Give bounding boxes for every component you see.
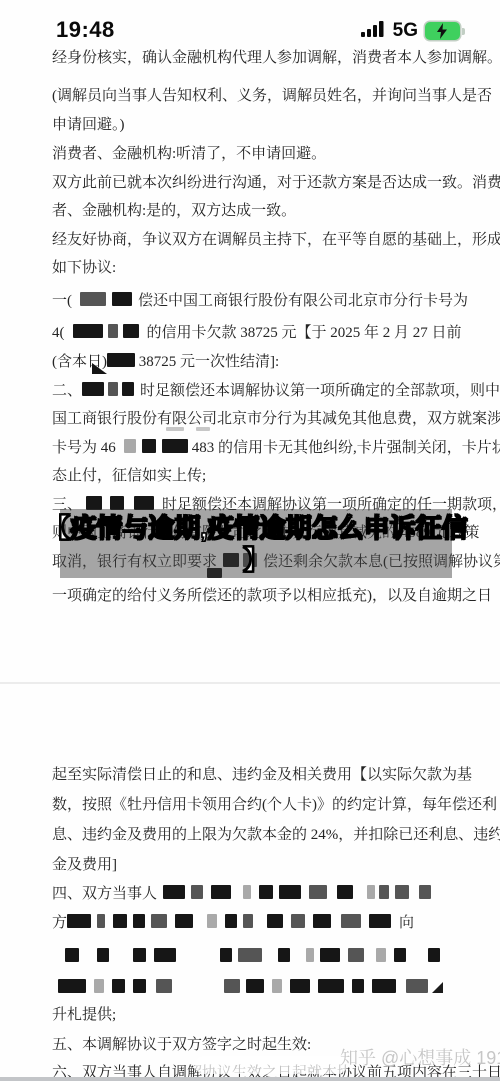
redaction-bar	[124, 439, 136, 453]
redaction-bar	[348, 948, 364, 962]
redaction-bar	[395, 885, 409, 899]
document-line: 双方此前已就本次纠纷进行沟通，对于还款方案是否达成一致。消费	[52, 173, 472, 193]
redaction-gap	[310, 991, 318, 992]
document-line: 四、双方当事人	[52, 884, 472, 904]
line-text: 的信用卡欠款 38725 元【于 2025 年 2 月 27 日前	[147, 325, 462, 341]
redaction-gap	[396, 991, 406, 992]
redaction-gap	[217, 926, 225, 927]
redaction-gap	[231, 897, 243, 898]
document-line: 息、违约金及费用的上限为欠款本金的 24%，并扣除已还利息、违约	[52, 825, 472, 845]
redaction-bar	[108, 324, 118, 338]
line-text: 一项确定的给付义务所偿还的款项予以相应抵充)，以及自逾期之日	[52, 588, 492, 604]
redaction-bar	[97, 914, 105, 928]
redaction-gap	[344, 991, 352, 992]
redaction-bar	[122, 382, 134, 396]
redaction-gap	[327, 897, 337, 898]
redaction-bar	[65, 948, 79, 962]
document-line: 金及费用]	[52, 855, 472, 875]
redaction-bar	[394, 948, 406, 962]
redaction-bar	[246, 979, 264, 993]
redaction-remnant-triangle	[92, 363, 107, 374]
line-text: 申请回避。)	[52, 117, 125, 133]
redaction-gap	[283, 926, 291, 927]
document-line: 一(偿还中国工商银行股份有限公司北京市分行卡号为	[52, 291, 472, 311]
document-line: 起至实际清偿日止的和息、违约金及相关费用【以实际欠款为基	[52, 765, 472, 785]
redaction-gap	[262, 960, 278, 961]
redaction-bar	[267, 914, 283, 928]
document-line: 卡号为 46483 的信用卡无其他纠纷,卡片强制关闭，卡片状	[52, 438, 472, 458]
document-line: 经友好协商，争议双方在调解员主持下，在平等自愿的基础上，形成	[52, 230, 472, 250]
line-text: (调解员向当事人告知权利、义务，调解员姓名，并询问当事人是否	[52, 88, 492, 104]
stamp-arrow-icon	[432, 982, 443, 993]
redaction-gap	[251, 897, 259, 898]
redaction-bar	[290, 979, 310, 993]
redaction-bar	[112, 292, 132, 306]
line-text: 五、本调解协议于双方签字之时起生效:	[52, 1037, 311, 1053]
bottom-edge-strip	[0, 1077, 500, 1081]
line-text: 二、	[52, 383, 82, 399]
redaction-gap	[290, 960, 306, 961]
redaction-bar	[73, 324, 103, 338]
line-text: 升札提供;	[52, 1007, 116, 1023]
redaction-bar	[243, 914, 253, 928]
redaction-bar	[191, 885, 203, 899]
redaction-bar	[419, 885, 431, 899]
redaction-gap	[125, 991, 133, 992]
redaction-gap	[253, 926, 267, 927]
redaction-bar	[113, 914, 127, 928]
redaction-gap	[409, 897, 419, 898]
document-line: 一项确定的给付义务所偿还的款项予以相应抵充)，以及自逾期之日	[52, 586, 472, 606]
document-line	[65, 947, 485, 967]
document-line: 如下协议:	[52, 258, 472, 278]
redaction-bar	[133, 948, 146, 962]
redaction-bar	[162, 439, 188, 453]
line-text: 如下协议:	[52, 260, 116, 276]
redaction-bar	[156, 979, 172, 993]
line-text: 38725 元一次性结清]:	[135, 354, 279, 370]
redaction-bar	[154, 948, 176, 962]
redaction-gap	[386, 960, 394, 961]
redaction-bar	[67, 914, 91, 928]
redaction-bar	[80, 292, 106, 306]
redaction-bar	[224, 979, 240, 993]
redaction-gap	[103, 336, 108, 337]
document-line	[58, 978, 478, 998]
line-text: 一(	[52, 293, 72, 309]
redaction-gap	[264, 991, 272, 992]
line-text: 金及费用]	[52, 857, 117, 873]
line-text: 息、违约金及费用的上限为欠款本金的 24%，并扣除已还利息、违约	[52, 827, 500, 843]
redaction-gap	[79, 960, 97, 961]
line-text: 消费者、金融机构:听清了，不申请回避。	[52, 146, 326, 162]
redaction-bar	[134, 496, 154, 510]
page-divider	[0, 682, 500, 684]
line-text: 4(	[52, 325, 65, 341]
line-text: 数，按照《牡丹信用卡领用合约(个人卡)》的约定计算，每年偿还利	[52, 797, 497, 813]
phone-screenshot: 19:48 5G 经身份核实，确认金融机构代理人参加调解，消费者本人参加调解。(…	[0, 0, 500, 1081]
redaction-bar	[123, 324, 139, 338]
redaction-bar	[313, 914, 331, 928]
redaction-bar	[108, 382, 118, 396]
redaction-bar	[97, 948, 109, 962]
redaction-bar	[175, 914, 193, 928]
redaction-gap	[340, 960, 348, 961]
redaction-remnant-dash	[196, 427, 210, 431]
line-text: 双方此前已就本次纠纷进行沟通，对于还款方案是否达成一致。消费	[52, 175, 500, 191]
line-text: 时足额偿还本调解协议第一项所确定的全部款项，则中	[140, 383, 500, 399]
redaction-bar	[428, 948, 440, 962]
document-line: 方向	[52, 913, 472, 933]
redaction-gap	[193, 926, 207, 927]
redaction-gap	[361, 926, 369, 927]
redaction-gap	[364, 960, 376, 961]
line-text: 卡号为 46	[52, 440, 116, 456]
line-text: 向	[399, 915, 414, 931]
document-line: 4(的信用卡欠款 38725 元【于 2025 年 2 月 27 日前	[52, 323, 472, 343]
redaction-bar	[151, 914, 167, 928]
redaction-bar	[94, 979, 104, 993]
redaction-gap	[109, 960, 133, 961]
redaction-gap	[172, 991, 224, 992]
document-line: 态止付，征信如实上传;	[52, 466, 472, 486]
line-text: 方	[52, 915, 67, 931]
redaction-gap	[139, 336, 147, 337]
document-line: 申请回避。)	[52, 115, 472, 135]
document-line: 升札提供;	[52, 1005, 472, 1025]
redaction-bar	[278, 948, 290, 962]
redaction-bar	[238, 948, 262, 962]
line-text: 483 的信用卡无其他纠纷,卡片强制关闭，卡片状	[192, 440, 500, 456]
redaction-gap	[353, 897, 367, 898]
document-line: 者、金融机构:是的，双方达成一致。	[52, 201, 472, 221]
line-text: 态止付，征信如实上传;	[52, 468, 206, 484]
redaction-bar	[107, 353, 135, 367]
redaction-gap	[167, 926, 175, 927]
line-text: 者、金融机构:是的，双方达成一致。	[52, 203, 296, 219]
redaction-bar	[352, 979, 364, 993]
redaction-bar	[133, 914, 145, 928]
redaction-bar	[133, 979, 146, 993]
redaction-gap	[136, 451, 142, 452]
redaction-remnant-dash	[166, 427, 184, 431]
redaction-bar	[279, 885, 301, 899]
line-text: 经友好协商，争议双方在调解员主持下，在平等自愿的基础上，形成	[52, 232, 500, 248]
redaction-bar	[306, 948, 314, 962]
line-text: 偿还中国工商银行股份有限公司北京市分行卡号为	[138, 293, 468, 309]
redaction-bar	[58, 979, 86, 993]
redaction-bar	[318, 979, 344, 993]
zhihu-watermark: 知乎 @心想事成 1913	[340, 1044, 500, 1070]
redaction-bar	[367, 885, 375, 899]
redaction-bar	[379, 885, 389, 899]
redaction-gap	[86, 991, 94, 992]
redaction-gap	[72, 304, 80, 305]
redaction-bar	[272, 979, 282, 993]
redaction-gap	[391, 926, 399, 927]
redaction-gap	[118, 336, 123, 337]
redaction-bar	[376, 948, 386, 962]
redaction-gap	[282, 991, 290, 992]
redaction-gap	[65, 336, 73, 337]
redaction-bar	[163, 885, 185, 899]
redaction-gap	[146, 960, 154, 961]
redaction-gap	[105, 926, 113, 927]
redaction-bar	[207, 914, 217, 928]
redaction-gap	[116, 451, 124, 452]
white-haze-patch	[195, 1056, 347, 1074]
document-line: (含本日) 38725 元一次性结清]:	[52, 352, 472, 372]
document-line: 二、时足额偿还本调解协议第一项所确定的全部款项，则中	[52, 381, 472, 401]
redaction-bar	[243, 885, 251, 899]
document-line: 经身份核实，确认金融机构代理人参加调解，消费者本人参加调解。	[52, 48, 472, 68]
redaction-bar	[372, 979, 396, 993]
redaction-bar	[320, 948, 340, 962]
document-line: 消费者、金融机构:听清了，不申请回避。	[52, 144, 472, 164]
redaction-bar	[112, 979, 125, 993]
redaction-gap	[203, 897, 211, 898]
line-text: 起至实际清偿日止的和息、违约金及相关费用【以实际欠款为基	[52, 767, 472, 783]
watermark-text-line1: 【疫情与逾期,疫情逾期怎么申诉征信	[44, 512, 467, 544]
redaction-gap	[406, 960, 428, 961]
redaction-bar	[110, 496, 124, 510]
redaction-gap	[176, 960, 220, 961]
redaction-bar	[86, 496, 102, 510]
line-text: 国工商银行股份有限公司北京市分行为其减免其他息费，双方就案涉	[52, 411, 500, 427]
redaction-bar	[220, 948, 232, 962]
redaction-gap	[305, 926, 313, 927]
document-line: (调解员向当事人告知权利、义务，调解员姓名，并询问当事人是否	[52, 86, 472, 106]
redaction-gap	[331, 926, 341, 927]
redaction-bar	[369, 914, 391, 928]
redaction-bar	[211, 885, 231, 899]
document-line: 数，按照《牡丹信用卡领用合约(个人卡)》的约定计算，每年偿还利	[52, 795, 472, 815]
redaction-bar	[142, 439, 156, 453]
redaction-bar	[259, 885, 273, 899]
redaction-bar	[309, 885, 327, 899]
redaction-bar	[341, 914, 361, 928]
redaction-bar	[406, 979, 428, 993]
redaction-bar	[291, 914, 305, 928]
redaction-bar	[337, 885, 353, 899]
redaction-gap	[301, 897, 309, 898]
line-text: 四、双方当事人	[52, 886, 157, 902]
redaction-gap	[104, 991, 112, 992]
line-text: 经身份核实，确认金融机构代理人参加调解，消费者本人参加调解。	[52, 50, 500, 66]
watermark-text-line2: 】	[243, 544, 269, 576]
redaction-gap	[156, 451, 162, 452]
redaction-gap	[146, 991, 156, 992]
redaction-bar	[225, 914, 237, 928]
redaction-bar	[82, 382, 104, 396]
watermark-overlay: 【疫情与逾期,疫情逾期怎么申诉征信 】	[60, 509, 452, 578]
redaction-gap	[364, 991, 372, 992]
document-line: 国工商银行股份有限公司北京市分行为其减免其他息费，双方就案涉	[52, 409, 472, 429]
